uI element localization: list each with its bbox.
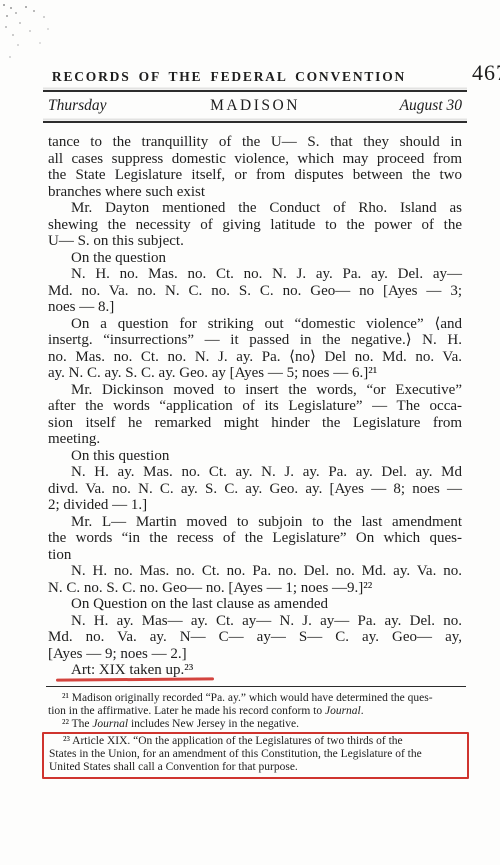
text-line: Md. no. Va. no. N. C. no. S. C. no. Geo—… (48, 283, 462, 300)
red-annotation-box: ²³ Article XIX. “On the application of t… (42, 732, 469, 778)
footnote-23-line-1: ²³ Article XIX. “On the application of t… (49, 735, 463, 748)
header-rule-bottom (43, 121, 467, 123)
text-line: Md. no. Va. ay. N— C— ay— S— C. ay. Geo—… (48, 629, 462, 646)
date-label: August 30 (300, 97, 462, 115)
text-line: U— S. on this subject. (48, 233, 462, 250)
text-line: Mr. Dickinson moved to insert the words,… (48, 382, 462, 399)
text-line: N. H. ay. Mas. no. Ct. ay. N. J. ay. Pa.… (48, 464, 462, 481)
text-line: after the words “application of its Legi… (48, 398, 462, 415)
text-line: Mr. L— Martin moved to subjoin to the la… (48, 514, 462, 531)
text-line: tion (48, 547, 462, 564)
text-line: insertg. “insurrections” — it passed in … (48, 332, 462, 349)
text-line: N. H. no. Mas. no. Ct. no. Pa. no. Del. … (48, 563, 462, 580)
footnote-21-line-2: tion in the affirmative. Later he made h… (48, 705, 462, 718)
text-line: the State Legislature itself, or from di… (48, 167, 462, 184)
running-head-title: RECORDS OF THE FEDERAL CONVENTION (52, 69, 406, 84)
footnote-journal-italic: Journal (325, 705, 361, 717)
footnote-21-line-1: ²¹ Madison originally recorded “Pa. ay.”… (48, 692, 462, 705)
footnote-23-line-2: States in the Union, for an amendment of… (49, 748, 463, 761)
footnote-23-line-3: United States shall call a Convention fo… (49, 761, 463, 774)
footnote-journal-italic: Journal (92, 718, 128, 730)
text-line: 2; divided — 1.] (48, 497, 462, 514)
text-line: On Question on the last clause as amende… (48, 596, 462, 613)
footnote-text: includes New Jersey in the negative. (128, 718, 299, 730)
text-line: N. H. ay. Mas— ay. Ct. ay— N. J. ay— Pa.… (48, 613, 462, 630)
text-line: ay. N. C. ay. S. C. ay. Geo. ay [Ayes — … (48, 365, 462, 382)
text-line: meeting. (48, 431, 462, 448)
scan-noise-speckles (3, 4, 5, 6)
text-line: N. H. no. Mas. no. Ct. no. N. J. ay. Pa.… (48, 266, 462, 283)
page-content: RECORDS OF THE FEDERAL CONVENTION 467 Th… (48, 66, 462, 779)
footnote-22: ²² The Journal includes New Jersey in th… (48, 718, 462, 731)
footnote-separator-rule (46, 686, 466, 688)
page-number: 467 (472, 60, 500, 86)
body-text: tance to the tranquillity of the U— S. t… (48, 134, 462, 679)
text-line: On this question (48, 448, 462, 465)
book-page: RECORDS OF THE FEDERAL CONVENTION 467 Th… (0, 0, 500, 865)
text-line: shewing the necessity of giving latitude… (48, 217, 462, 234)
text-line: Mr. Dayton mentioned the Conduct of Rho.… (48, 200, 462, 217)
weekday-label: Thursday (48, 97, 210, 115)
text-line: branches where such exist (48, 184, 462, 201)
text-line: no. Mas. no. Ct. no. N. J. ay. Pa. ⟨no⟩ … (48, 349, 462, 366)
text-line: [Ayes — 9; noes — 2.] (48, 646, 462, 663)
text-line: divd. Va. no. N. C. ay. S. C. ay. Geo. a… (48, 481, 462, 498)
running-head: RECORDS OF THE FEDERAL CONVENTION 467 (48, 66, 462, 90)
text-line: N. C. no. S. C. no. Geo— no. [Ayes — 1; … (48, 580, 462, 597)
section-title: MADISON (210, 97, 300, 115)
text-line: sion itself he remarked might hinder the… (48, 415, 462, 432)
footnote-text: tion in the affirmative. Later he made h… (48, 705, 325, 717)
text-line: On a question for striking out “domestic… (48, 316, 462, 333)
text-line: all cases suppress domestic violence, wh… (48, 151, 462, 168)
footnote-text: ²² The (62, 718, 92, 730)
footnote-text: . (361, 705, 364, 717)
text-line: Art: XIX taken up.²³ (48, 662, 462, 679)
text-line: noes — 8.] (48, 299, 462, 316)
text-line: tance to the tranquillity of the U— S. t… (48, 134, 462, 151)
date-row: Thursday MADISON August 30 (48, 92, 462, 121)
text-line: On the question (48, 250, 462, 267)
text-line: the words “in the recess of the Legislat… (48, 530, 462, 547)
footnotes-section: ²¹ Madison originally recorded “Pa. ay.”… (48, 692, 462, 779)
